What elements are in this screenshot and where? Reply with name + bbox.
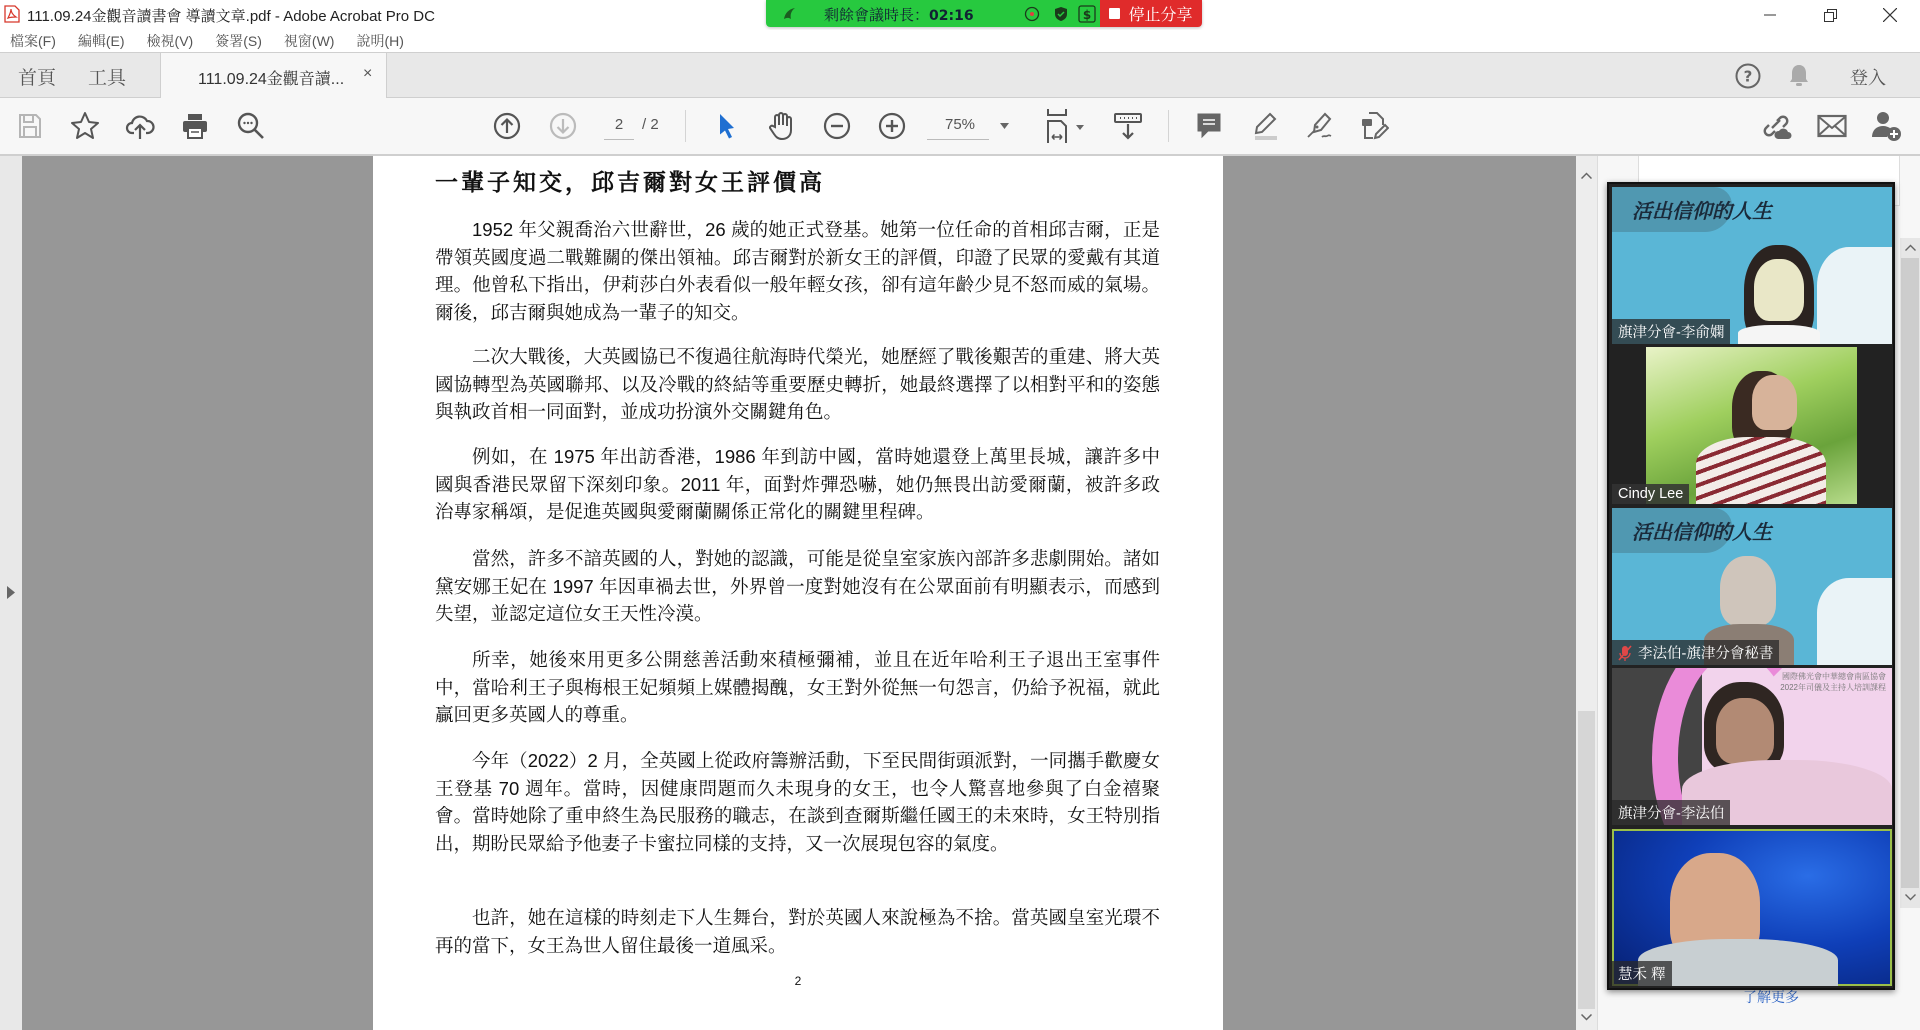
participant-name-label: Cindy Lee xyxy=(1612,484,1689,504)
participant-name-label: 慧禾 釋 xyxy=(1612,961,1672,986)
print-icon xyxy=(181,112,209,140)
paragraph: 也許，她在這樣的時刻走下人生舞台，對於英國人來說極為不捨。當英國皇室光環不再的當… xyxy=(435,904,1160,959)
page-down-icon xyxy=(549,112,577,140)
stop-share-button[interactable]: 停止分享 xyxy=(1100,0,1202,27)
menu-edit[interactable]: 編輯(E) xyxy=(78,30,125,52)
pink-banner-line-1: 國際佛光會中華總會南區協會 xyxy=(1782,672,1886,682)
participant-video-tile[interactable]: Cindy Lee xyxy=(1612,347,1892,504)
menu-bar: 檔案(F) 編輯(E) 檢視(V) 簽署(S) 視窗(W) 說明(H) xyxy=(0,30,1920,52)
scroll-down-arrow-icon[interactable] xyxy=(1905,894,1916,901)
participant-name-label: 旗津分會-李俞嫻 xyxy=(1612,319,1730,344)
right-pane-scrollbar[interactable] xyxy=(1900,238,1920,908)
cloud-upload-button[interactable] xyxy=(123,109,157,143)
zoom-out-button[interactable] xyxy=(820,109,854,143)
participant-face xyxy=(1720,556,1776,626)
menu-help[interactable]: 說明(H) xyxy=(356,30,403,52)
email-button[interactable] xyxy=(1815,109,1849,143)
menu-window[interactable]: 視窗(W) xyxy=(284,30,335,52)
menu-file[interactable]: 檔案(F) xyxy=(10,30,56,52)
meeting-timer-area: 剩餘會議時長：02:16 $ xyxy=(766,0,1100,27)
print-button[interactable] xyxy=(178,109,212,143)
hands-illustration xyxy=(1817,578,1892,665)
fit-dropdown-icon[interactable] xyxy=(1076,125,1084,130)
participant-face xyxy=(1716,698,1774,764)
edit-pdf-icon xyxy=(1359,111,1389,141)
sign-icon xyxy=(1304,111,1334,141)
select-cursor-icon xyxy=(717,112,737,140)
bookmark-button[interactable] xyxy=(68,109,102,143)
participant-shirt xyxy=(1738,325,1820,344)
close-tab-button[interactable]: × xyxy=(363,65,372,83)
stop-share-label: 停止分享 xyxy=(1128,2,1192,25)
scroll-down-arrow-icon[interactable] xyxy=(1581,1014,1592,1021)
find-button[interactable] xyxy=(234,109,268,143)
scroll-up-arrow-icon[interactable] xyxy=(1581,172,1592,179)
comment-button[interactable] xyxy=(1192,109,1226,143)
meeting-remaining-time: 剩餘會議時長：02:16 xyxy=(824,4,974,25)
add-user-icon xyxy=(1870,110,1902,142)
billing-dollar-icon[interactable]: $ xyxy=(1078,5,1096,23)
save-button[interactable] xyxy=(13,109,47,143)
meeting-logo-icon xyxy=(782,7,796,21)
article-heading: 一輩子知交，邱吉爾對女王評價高 xyxy=(435,164,825,197)
expand-pane-arrow-icon[interactable] xyxy=(7,586,15,599)
meeting-share-bar: 剩餘會議時長：02:16 $ 停止分享 xyxy=(766,0,1202,27)
tab-document[interactable]: 111.09.24金觀音讀... × xyxy=(160,52,387,98)
comment-icon xyxy=(1195,111,1223,141)
close-window-button[interactable] xyxy=(1860,0,1920,30)
close-icon xyxy=(1883,8,1897,22)
next-page-button[interactable] xyxy=(546,109,580,143)
scrollbar-thumb[interactable] xyxy=(1901,258,1919,888)
restore-button[interactable] xyxy=(1800,0,1860,30)
minimize-button[interactable] xyxy=(1740,0,1800,30)
paragraph: 1952 年父親喬治六世辭世，26 歲的她正式登基。她第一位任命的首相邱吉爾，正… xyxy=(435,216,1160,326)
restore-icon xyxy=(1824,9,1837,22)
scroll-up-arrow-icon[interactable] xyxy=(1905,244,1916,251)
muted-microphone-icon xyxy=(1618,645,1632,661)
page-up-icon xyxy=(493,112,521,140)
participant-shirt xyxy=(1696,437,1826,504)
page-number-input[interactable]: 2 xyxy=(604,116,634,140)
stop-square-icon xyxy=(1109,8,1120,19)
menu-sign[interactable]: 簽署(S) xyxy=(215,30,262,52)
participant-video-tile[interactable]: 活出信仰的人生 旗津分會-李俞嫻 xyxy=(1612,187,1892,344)
svg-text:$: $ xyxy=(1083,8,1091,22)
scrollbar-thumb[interactable] xyxy=(1578,711,1595,1009)
email-icon xyxy=(1817,114,1847,138)
document-tab-label: 111.09.24金觀音讀... xyxy=(198,66,344,89)
paragraph: 例如，在 1975 年出訪香港，1986 年到訪中國，當時她還登上萬里長城，讓許… xyxy=(435,443,1160,526)
scroll-mode-icon xyxy=(1113,111,1143,141)
paragraph: 所幸，她後來用更多公開慈善活動來積極彌補，並且在近年哈利王子退出王室事件中，當哈… xyxy=(435,646,1160,729)
participant-name-label: 李法伯-旗津分會秘書 xyxy=(1612,640,1779,665)
banner-text: 活出信仰的人生 xyxy=(1632,195,1772,224)
toolbar-divider xyxy=(1168,110,1169,142)
pdf-page: 一輩子知交，邱吉爾對女王評價高 1952 年父親喬治六世辭世，26 歲的她正式登… xyxy=(373,156,1223,1030)
participant-video-tile[interactable]: 活出信仰的人生 李法伯-旗津分會秘書 xyxy=(1612,508,1892,665)
highlight-icon xyxy=(1250,111,1280,141)
banner-text: 活出信仰的人生 xyxy=(1632,516,1772,545)
zoom-out-icon xyxy=(823,112,851,140)
participant-face xyxy=(1752,375,1797,430)
participant-video-tile-active-speaker[interactable]: 慧禾 釋 xyxy=(1612,829,1892,986)
paragraph: 二次大戰後，大英國協已不復過往航海時代榮光，她歷經了戰後艱苦的重建、將大英國協轉… xyxy=(435,343,1160,426)
toolbar-divider xyxy=(685,110,686,142)
select-tool-button[interactable] xyxy=(710,109,744,143)
security-shield-icon[interactable] xyxy=(1053,6,1069,22)
bookmark-star-icon xyxy=(70,111,100,141)
tab-home[interactable]: 首頁 xyxy=(18,63,56,90)
previous-page-button[interactable] xyxy=(490,109,524,143)
paragraph: 今年（2022）2 月，全英國上從政府籌辦活動，下至民間街頭派對，一同攜手歡慶女… xyxy=(435,747,1160,857)
zoom-dropdown-icon[interactable] xyxy=(1000,123,1009,129)
share-link-icon xyxy=(1760,111,1792,141)
tab-bar: 首頁 工具 111.09.24金觀音讀... × ? 登入 xyxy=(0,52,1920,98)
share-link-button[interactable] xyxy=(1759,109,1793,143)
menu-view[interactable]: 檢視(V) xyxy=(147,30,194,52)
find-icon xyxy=(236,111,266,141)
svg-text:?: ? xyxy=(1744,68,1753,86)
participant-name-label: 旗津分會-李法伯 xyxy=(1612,800,1730,825)
help-icon[interactable]: ? xyxy=(1735,63,1761,89)
recording-indicator-icon[interactable] xyxy=(1024,6,1040,22)
pink-banner-line-2: 2022年司儀及主持人培訓課程 xyxy=(1780,682,1886,693)
window-title: 111.09.24金觀音讀書會 導讀文章.pdf - Adobe Acrobat… xyxy=(27,5,435,26)
fit-page-button[interactable] xyxy=(1042,109,1076,143)
participant-video-tile[interactable]: 國際佛光會中華總會南區協會 2022年司儀及主持人培訓課程 旗津分會-李法伯 xyxy=(1612,668,1892,825)
tab-tools[interactable]: 工具 xyxy=(88,63,126,90)
hand-tool-button[interactable] xyxy=(764,109,798,143)
document-scrollbar[interactable] xyxy=(1576,156,1597,1030)
hand-icon xyxy=(767,111,795,141)
zoom-in-button[interactable] xyxy=(875,109,909,143)
paragraph: 當然，許多不諳英國的人，對她的認識，可能是從皇室家族內部許多悲劇開始。諸如黛安娜… xyxy=(435,545,1160,628)
highlight-button[interactable] xyxy=(1248,109,1282,143)
scroll-mode-button[interactable] xyxy=(1111,109,1145,143)
zoom-in-icon xyxy=(878,112,906,140)
hands-illustration xyxy=(1817,247,1892,344)
sign-button[interactable] xyxy=(1302,109,1336,143)
main-toolbar: 2 / 2 75% xyxy=(0,98,1920,156)
minimize-icon xyxy=(1764,9,1776,21)
add-user-button[interactable] xyxy=(1869,109,1903,143)
login-button[interactable]: 登入 xyxy=(1850,64,1886,90)
navigation-pane-collapsed xyxy=(0,156,22,1030)
notification-bell-icon[interactable] xyxy=(1788,63,1810,89)
document-viewer[interactable]: 一輩子知交，邱吉爾對女王評價高 1952 年父親喬治六世辭世，26 歲的她正式登… xyxy=(22,156,1576,1030)
cloud-upload-icon xyxy=(125,111,155,141)
meeting-video-panel[interactable]: 活出信仰的人生 旗津分會-李俞嫻 Cindy Lee 活出信仰的人生 李法伯-旗… xyxy=(1607,182,1895,990)
zoom-level-input[interactable]: 75% xyxy=(927,112,989,140)
acrobat-pdf-icon xyxy=(4,5,20,23)
fit-page-icon xyxy=(1045,109,1073,143)
page-total: / 2 xyxy=(642,116,659,133)
page-number: 2 xyxy=(373,974,1223,988)
save-icon xyxy=(18,113,42,139)
edit-pdf-button[interactable] xyxy=(1357,109,1391,143)
learn-more-link[interactable]: 了解更多 xyxy=(1743,987,1799,1007)
participant-face xyxy=(1754,259,1804,321)
